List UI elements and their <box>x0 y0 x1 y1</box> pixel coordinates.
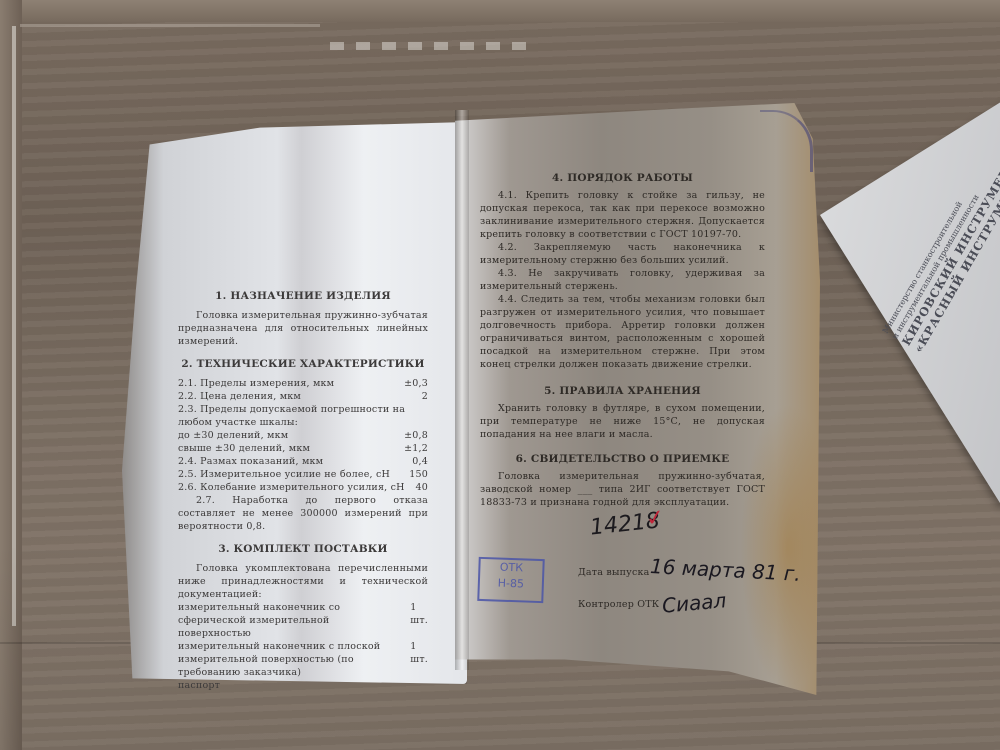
otk-stamp: ОТК Н-85 <box>477 557 544 603</box>
section-paragraph: 4.2. Закрепляемую часть наконечника к из… <box>480 241 765 267</box>
inspector-label: Контролер ОТК <box>578 598 659 611</box>
section-heading: 4. Порядок работы <box>480 172 765 185</box>
kit-item: измерительный наконечник со сферической … <box>178 601 428 640</box>
spec-row: 2.4. Размах показаний, мкм0,4 <box>178 455 428 468</box>
box-top-edge <box>20 24 320 27</box>
section-heading: 6. Свидетельство о приемке <box>480 453 765 466</box>
release-date-label: Дата выпуска <box>578 566 649 579</box>
section-text: Головка измерительная пружинно-зубчатая … <box>178 309 428 348</box>
kit-item: паспорт <box>178 679 428 692</box>
spec-note: 2.7. Наработка до первого отказа составл… <box>178 494 428 533</box>
spec-row: 2.3. Пределы допускаемой погрешности на … <box>178 403 428 429</box>
section-heading: 1. Назначение изделия <box>178 290 428 303</box>
check-mark-icon: ✓ <box>644 505 666 532</box>
spec-row: 2.2. Цена деления, мкм2 <box>178 390 428 403</box>
section-heading: 3. Комплект поставки <box>178 543 428 556</box>
section-paragraph: 4.1. Крепить головку к стойке за гильзу,… <box>480 189 765 241</box>
section-heading: 5. Правила хранения <box>480 385 765 398</box>
spec-row: до ±30 делений, мкм±0,8 <box>178 429 428 442</box>
left-page-text: 1. Назначение изделия Головка измеритель… <box>178 290 428 692</box>
kit-item: измерительный наконечник с плоской измер… <box>178 640 428 679</box>
booklet-spine <box>455 110 469 670</box>
section-text: Головка укомплектована перечисленными ни… <box>178 562 428 601</box>
spec-list: 2.1. Пределы измерения, мкм±0,3 2.2. Цен… <box>178 377 428 494</box>
section-paragraph: 4.3. Не закручивать головку, удерживая з… <box>480 267 765 293</box>
section-heading: 2. Технические характеристики <box>178 358 428 371</box>
spec-row: 2.6. Колебание измерительного усилия, сН… <box>178 481 428 494</box>
section-text: Хранить головку в футляре, в сухом помещ… <box>480 402 765 441</box>
spec-row: свыше ±30 делений, мкм±1,2 <box>178 442 428 455</box>
box-rim-top <box>0 0 1000 22</box>
right-page-text: 4. Порядок работы 4.1. Крепить головку к… <box>480 172 765 509</box>
section-paragraph: 4.4. Следить за тем, чтобы механизм голо… <box>480 293 765 371</box>
spec-row: 2.1. Пределы измерения, мкм±0,3 <box>178 377 428 390</box>
spec-row: 2.5. Измерительное усилие не более, сН15… <box>178 468 428 481</box>
box-inner-edge <box>12 26 16 626</box>
section-text: Головка измерительная пружинно-зубчатая,… <box>480 470 765 509</box>
paper-scraps <box>330 42 530 50</box>
